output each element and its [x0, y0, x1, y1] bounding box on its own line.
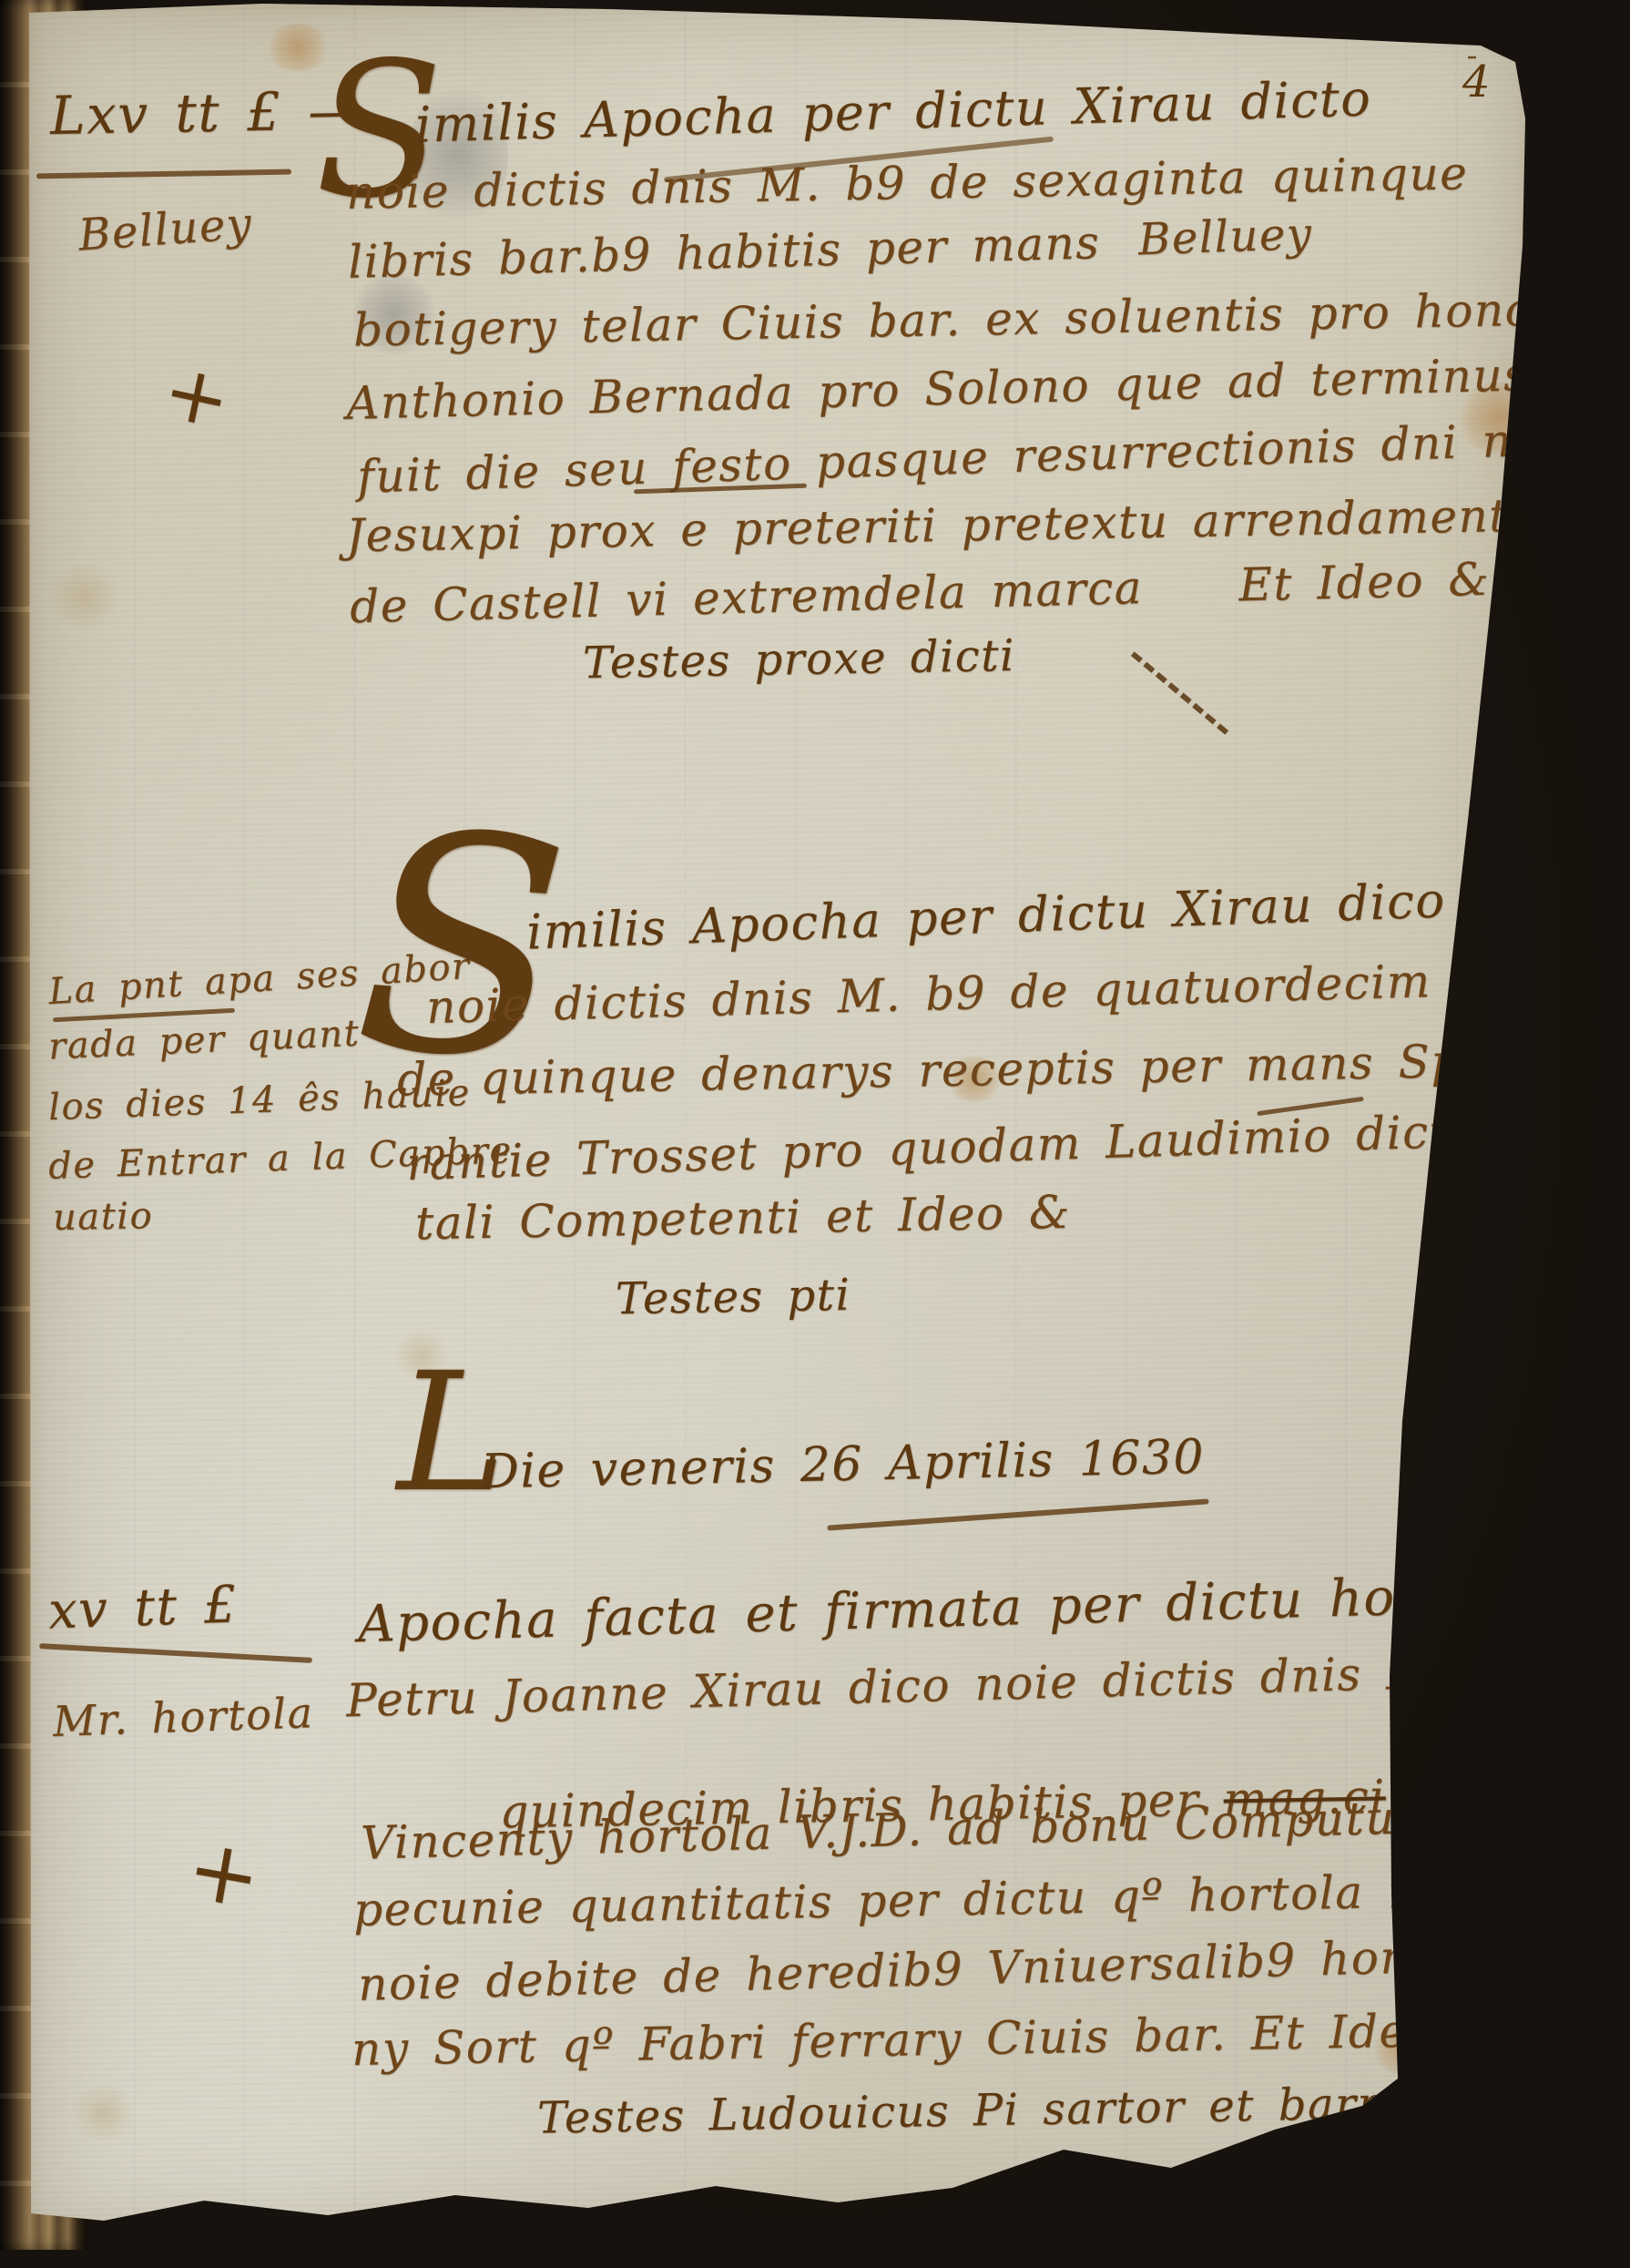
entry1-line: Jesuxpi prox e preteriti pretextu arrend… [346, 493, 1525, 559]
stain [67, 2086, 140, 2140]
entry1-line: imilis Apocha per dictu Xirau dicto [414, 74, 1371, 149]
manuscript-page: ··· 4 Lxv tt £ — Belluey + S imilis Apoc… [25, 0, 1535, 2242]
margin-underline [36, 169, 291, 179]
entry2-line: imilis Apocha per dictu Xirau dico [525, 876, 1446, 956]
entry3-line3-post: mans mag.ci [1385, 1764, 1630, 1823]
entry3-margin-cross: + [180, 1825, 268, 1924]
entry2-margin-note: uatio [53, 1198, 154, 1236]
entry3-margin-amount: xv tt £ [47, 1579, 239, 1637]
entry1-line: botigery telar Ciuis bar. ex soluentis p… [353, 286, 1557, 352]
entry1-margin-name: Belluey [77, 201, 254, 257]
entry3-testes: Testes Ludouicus Pi sartor et barrateriu… [537, 2079, 1544, 2140]
entry3-margin-name: Mr. hortola [52, 1691, 314, 1742]
entry3-line: Petru Joanne Xirau dico noie dictis dnis… [346, 1645, 1618, 1724]
manuscript-scan: ··· 4 Lxv tt £ — Belluey + S imilis Apoc… [0, 0, 1630, 2268]
folio-number: 4 [1462, 69, 1491, 96]
entry1-line: Anthonio Bernada pro Solono que ad termi… [346, 352, 1529, 426]
entry1-line: de Castell vi extremdela marca Et Ideo & [350, 557, 1491, 630]
entry2-margin-note: rada per quant [47, 1016, 361, 1066]
entry1-margin-cross: + [157, 351, 239, 441]
entry2-testes: Testes pti [616, 1273, 851, 1322]
entry1-line-belluey: Belluey [1137, 212, 1313, 262]
entry2-line: de quinque denarys receptis per mans Spe [397, 1038, 1491, 1103]
entry1-line: fuit die seu festo pasque resurrectionis… [357, 416, 1553, 499]
ink-dash-flourish [1131, 651, 1228, 734]
entry2-line: noie dictis dnis M. b9 de quatuordecim s… [426, 954, 1613, 1030]
entry3-line: Apocha facta et firmata per dictu honor [357, 1570, 1488, 1650]
entry2-line: rantie Trosset pro quodam Laudimio dicto… [406, 1103, 1630, 1187]
date-line: Die veneris 26 Aprilis 1630 [481, 1434, 1206, 1497]
margin-underline [39, 1643, 312, 1663]
entry3-line: ny Sort qº Fabri ferrary Ciuis bar. Et I… [351, 2007, 1503, 2072]
entry2-line: tali Competenti et Ideo & [415, 1190, 1072, 1247]
stain [44, 565, 126, 628]
entry1-line: noie dictis dnis M. b9 de sexaginta quin… [346, 150, 1469, 215]
entry3-line: noie debite de heredib9 Vniuersalib9 hon… [358, 1929, 1601, 2007]
entry1-line: libris bar.b9 habitis per mans [347, 220, 1100, 285]
ink-stroke [827, 1498, 1208, 1530]
entry1-testes: Testes proxe dicti [583, 634, 1016, 685]
